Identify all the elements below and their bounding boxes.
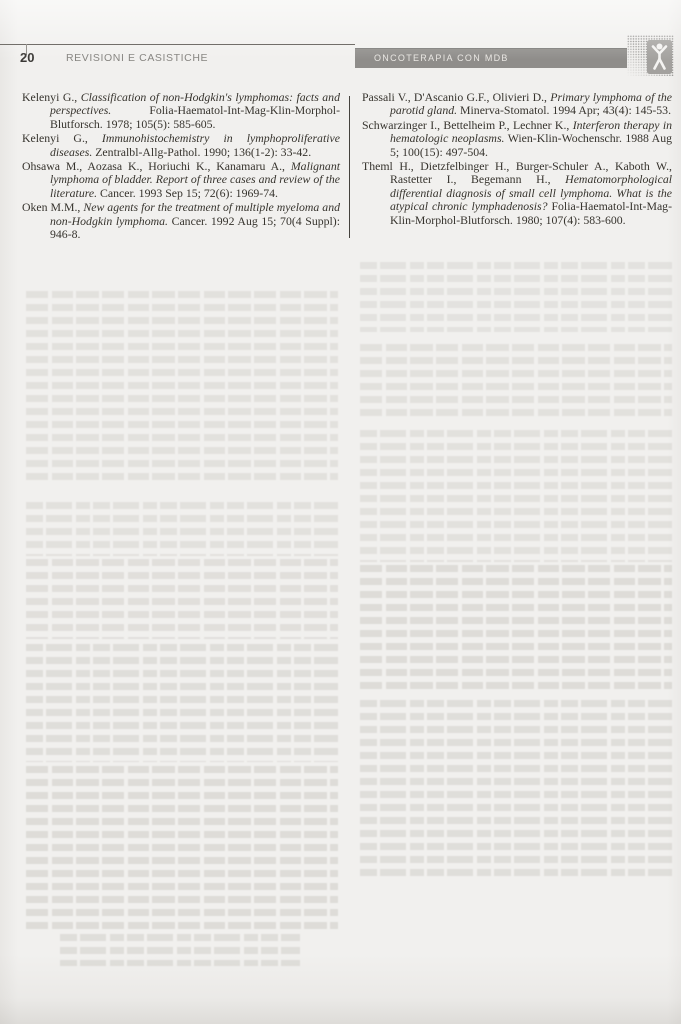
reference-authors: Ohsawa M., Aozasa K., Horiuchi K., Kanam… (22, 159, 291, 173)
chapter-banner: ONCOTERAPIA CON MDB (355, 48, 627, 68)
reference-item: Ohsawa M., Aozasa K., Horiuchi K., Kanam… (22, 160, 340, 200)
reference-source: Zentralbl-Allg-Pathol. 1990; 136(1-2): 3… (92, 145, 311, 159)
reference-column-left: Kelenyi G., Classification of non-Hodgki… (22, 91, 340, 242)
reference-item: Oken M.M., New agents for the treatment … (22, 201, 340, 241)
chapter-banner-label: ONCOTERAPIA CON MDB (355, 48, 627, 68)
bleed-through-text (360, 700, 672, 876)
reference-item: Schwarzinger I., Bettelheim P., Lechner … (362, 119, 672, 159)
bleed-through-text (360, 262, 672, 332)
reference-item: Kelenyi G., Immunohistochemistry in lymp… (22, 132, 340, 159)
reference-item: Kelenyi G., Classification of non-Hodgki… (22, 91, 340, 131)
bleed-through-text (360, 430, 672, 562)
bleed-through-text (26, 559, 338, 639)
page-number: 20 (20, 50, 34, 65)
header-rule (0, 44, 355, 45)
reference-authors: Kelenyi G., (22, 131, 102, 145)
scanned-book-page: 20 REVISIONI E CASISTICHE ONCOTERAPIA CO… (0, 0, 681, 1024)
vitruvian-man-halftone-icon (627, 35, 674, 76)
reference-item: Passali V., D'Ascanio G.F., Olivieri D.,… (362, 91, 672, 118)
reference-column-right: Passali V., D'Ascanio G.F., Olivieri D.,… (362, 91, 672, 228)
reference-item: Theml H., Dietzfelbinger H., Burger-Schu… (362, 160, 672, 227)
column-divider (349, 96, 350, 238)
section-title: REVISIONI E CASISTICHE (66, 52, 208, 64)
bleed-through-text (26, 502, 338, 556)
reference-source: Minerva-Stomatol. 1994 Apr; 43(4): 145-5… (457, 103, 671, 117)
reference-authors: Schwarzinger I., Bettelheim P., Lechner … (362, 118, 573, 132)
bleed-through-text (26, 766, 338, 932)
bleed-through-text (26, 644, 338, 762)
reference-authors: Kelenyi G., (22, 90, 81, 104)
reference-source: Cancer. 1993 Sep 15; 72(6): 1969-74. (97, 186, 278, 200)
reference-authors: Oken M.M., (22, 200, 83, 214)
reference-authors: Passali V., D'Ascanio G.F., Olivieri D., (362, 90, 550, 104)
bleed-through-text (360, 344, 672, 416)
bleed-through-text (60, 934, 300, 966)
bleed-through-text (26, 291, 338, 481)
bleed-through-text (360, 565, 672, 691)
